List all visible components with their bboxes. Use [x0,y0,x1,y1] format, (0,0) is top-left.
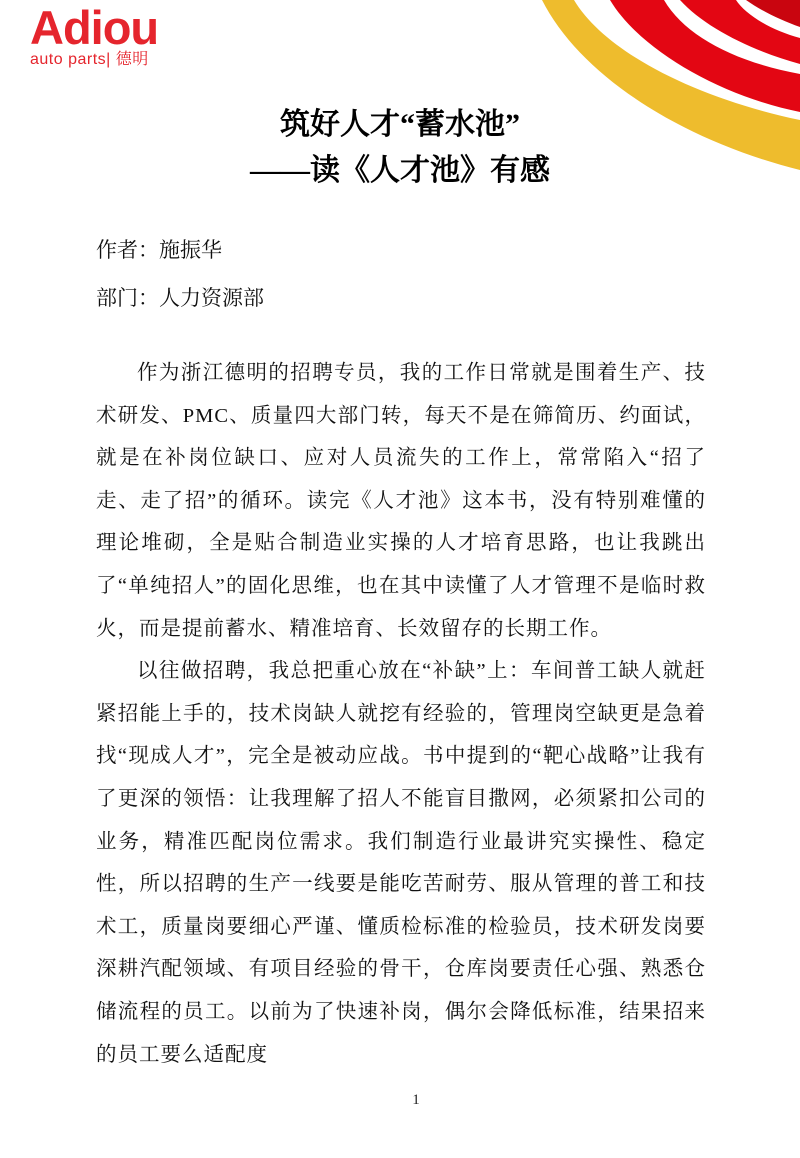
brand-tagline: auto parts| 德明 [30,52,158,68]
brand-name: Adiou [30,4,158,51]
document-body: 作为浙江德明的招聘专员，我的工作日常就是围着生产、技术研发、PMC、质量四大部门… [96,352,706,1076]
department-line: 部门：人力资源部 [96,274,264,322]
body-paragraph: 以往做招聘，我总把重心放在“补缺”上：车间普工缺人就赶紧招能上手的，技术岗缺人就… [96,650,706,1076]
document-meta: 作者：施振华 部门：人力资源部 [96,226,264,322]
page-number: 1 [96,1092,736,1109]
document-title: 筑好人才“蓄水池” ——读《人才池》有感 [0,102,800,194]
company-logo: Adiou auto parts| 德明 [30,4,158,68]
author-line: 作者：施振华 [96,226,264,274]
title-line-1: 筑好人才“蓄水池” [0,102,800,148]
document-page: Adiou auto parts| 德明 筑好人才“蓄水池” ——读《人才池》有… [0,0,800,1158]
body-paragraph: 作为浙江德明的招聘专员，我的工作日常就是围着生产、技术研发、PMC、质量四大部门… [96,352,706,650]
title-line-2: ——读《人才池》有感 [0,148,800,194]
